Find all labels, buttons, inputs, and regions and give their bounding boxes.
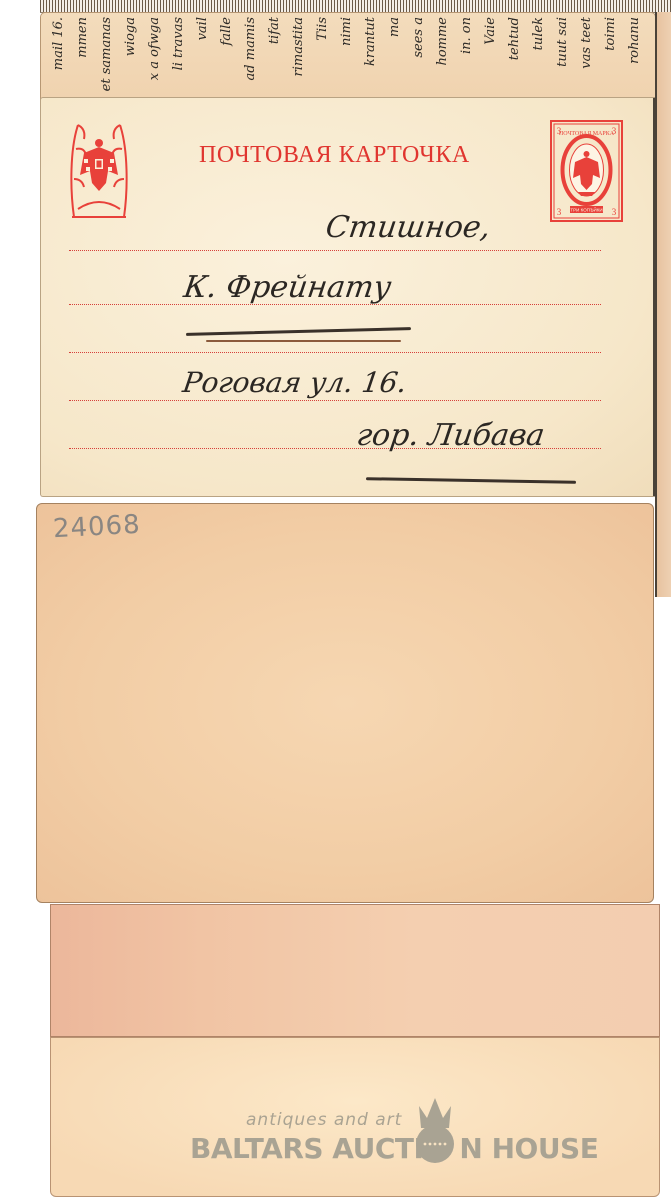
svg-text:ПОЧТОВАЯ МАРКА: ПОЧТОВАЯ МАРКА bbox=[559, 131, 615, 137]
handwriting-fragment: vas teet bbox=[579, 17, 595, 69]
address-handwriting-line-2: К. Фрейнату bbox=[182, 270, 394, 305]
handwriting-fragment: ma bbox=[387, 17, 403, 37]
svg-text:3: 3 bbox=[612, 126, 617, 136]
address-line bbox=[69, 400, 601, 401]
postage-stamp-icon: ПОЧТОВАЯ МАРКА 3 3 3 3 ТРИ КОПѢЙКИ bbox=[550, 120, 623, 222]
handwriting-fragment: nimi bbox=[339, 17, 355, 46]
address-handwriting-line-4: гор. Либава bbox=[355, 418, 547, 453]
handwriting-fragment: mail 16. bbox=[51, 17, 67, 70]
handwriting-fragment: rimastita bbox=[291, 17, 307, 76]
svg-text:ТРИ КОПѢЙКИ: ТРИ КОПѢЙКИ bbox=[570, 206, 602, 213]
address-line bbox=[69, 352, 601, 353]
handwriting-fragment: wioga bbox=[123, 17, 139, 56]
handwriting-fragment: tuut sai bbox=[555, 17, 571, 67]
watermark-tagline: antiques and art bbox=[246, 1110, 402, 1130]
handwriting-fragment: Vaie bbox=[483, 17, 499, 45]
letter-card-back: mail 16.mmenet samanaswiogax a ofwgali t… bbox=[40, 12, 656, 107]
handwriting-fragment: li travas bbox=[171, 17, 187, 70]
handwriting-fragment: tehtud bbox=[507, 17, 523, 60]
watermark-name: BALTARS AUCTIN HOUSE bbox=[190, 1132, 598, 1165]
ink-underline bbox=[366, 477, 576, 484]
handwriting-fragment: tifat bbox=[267, 17, 283, 44]
handwriting-fragment: tulek bbox=[531, 17, 547, 50]
address-handwriting-line-3: Роговая ул. 16. bbox=[181, 366, 409, 399]
svg-text:3: 3 bbox=[557, 207, 562, 217]
pencil-inventory-number: 24068 bbox=[52, 510, 141, 545]
handwriting-fragment: mmen bbox=[75, 17, 91, 58]
address-line bbox=[69, 250, 601, 251]
card-flap bbox=[50, 904, 660, 1037]
svg-text:3: 3 bbox=[557, 126, 562, 136]
handwriting-fragment: toimi bbox=[603, 17, 619, 51]
ink-underline bbox=[206, 340, 401, 342]
imperial-crest-icon bbox=[68, 119, 130, 223]
handwriting-fragment: falle bbox=[219, 17, 235, 46]
handwriting-fragment: ad mamis bbox=[243, 17, 259, 80]
postcard-front: ПОЧТОВАЯ КАРТОЧКА ПОЧТОВАЯ МАРКА 3 3 3 3… bbox=[40, 97, 656, 497]
svg-text:3: 3 bbox=[612, 207, 617, 217]
handwriting-fragment: in. on bbox=[459, 17, 475, 54]
card-edge-strip bbox=[655, 12, 671, 597]
handwriting-fragment: vail bbox=[195, 17, 211, 40]
handwriting-fragment: et samanas bbox=[99, 17, 115, 91]
blank-card: 24068 bbox=[36, 503, 654, 903]
handwriting-fragment: Tiis bbox=[315, 17, 331, 41]
crown-logo-icon bbox=[415, 1098, 455, 1166]
handwriting-fragment: x a ofwga bbox=[147, 17, 163, 80]
address-handwriting-line-1: Стишное, bbox=[324, 210, 493, 245]
handwriting-fragment: krantut bbox=[363, 17, 379, 66]
handwriting-fragment: rohanu bbox=[627, 17, 643, 64]
postcard-title: ПОЧТОВАЯ КАРТОЧКА bbox=[199, 142, 470, 169]
handwriting-fragment: homme bbox=[435, 17, 451, 66]
handwriting-fragment: sees a bbox=[411, 17, 427, 58]
ink-underline bbox=[186, 327, 411, 336]
